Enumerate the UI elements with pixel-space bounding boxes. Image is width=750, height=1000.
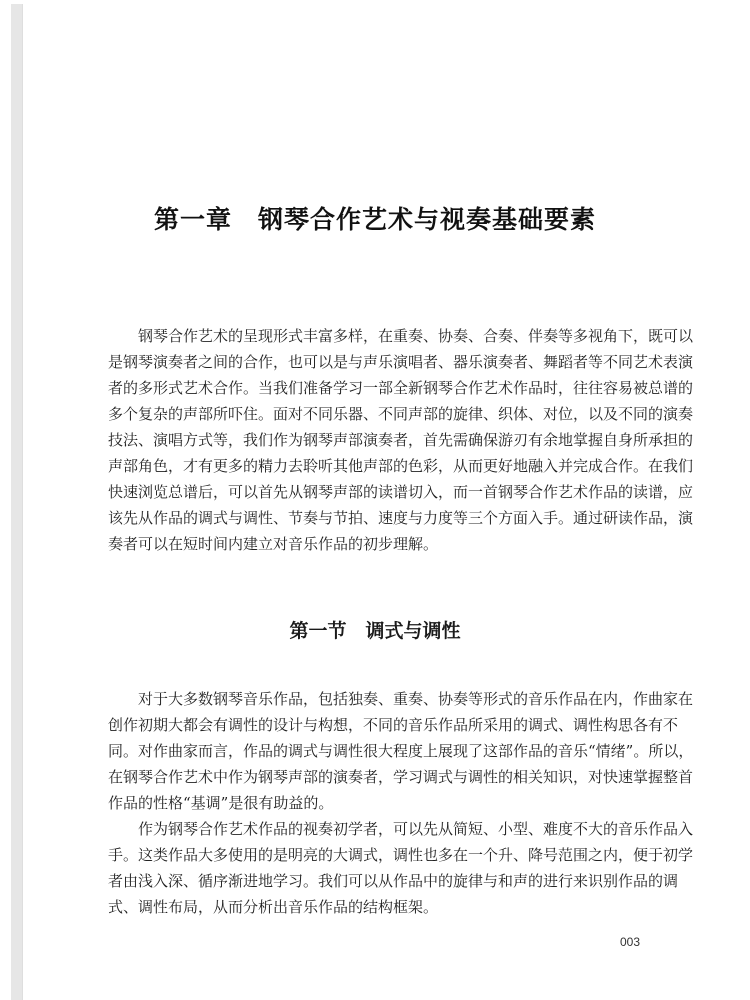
section-paragraph-2: 作为钢琴合作艺术作品的视奏初学者，可以先从简短、小型、难度不大的音乐作品入 手。…	[108, 816, 658, 920]
text-line: 快速浏览总谱后，可以首先从钢琴声部的读谱切入，而一首钢琴合作艺术作品的读谱，应	[108, 479, 658, 505]
page-number: 003	[620, 935, 640, 949]
text-line: 者的多形式艺术合作。当我们准备学习一部全新钢琴合作艺术作品时，往往容易被总谱的	[108, 375, 658, 401]
section-title: 第一节 调式与调性	[0, 616, 750, 643]
text-line: 创作初期大都会有调性的设计与构想，不同的音乐作品所采用的调式、调性构思各有不	[108, 712, 658, 738]
page-binding-edge	[11, 4, 23, 1000]
text-line: 该先从作品的调式与调性、节奏与节拍、速度与力度等三个方面入手。通过研读作品，演	[108, 505, 658, 531]
text-line: 作品的性格“基调”是很有助益的。	[108, 790, 658, 816]
text-line: 奏者可以在短时间内建立对音乐作品的初步理解。	[108, 531, 658, 557]
text-line: 式、调性布局，从而分析出音乐作品的结构框架。	[108, 894, 658, 920]
text-line: 是钢琴演奏者之间的合作，也可以是与声乐演唱者、器乐演奏者、舞蹈者等不同艺术表演	[108, 349, 658, 375]
text-line: 作为钢琴合作艺术作品的视奏初学者，可以先从简短、小型、难度不大的音乐作品入	[108, 816, 658, 842]
intro-paragraph: 钢琴合作艺术的呈现形式丰富多样，在重奏、协奏、合奏、伴奏等多视角下，既可以 是钢…	[108, 323, 658, 557]
text-line: 技法、演唱方式等，我们作为钢琴声部演奏者，首先需确保游刃有余地掌握自身所承担的	[108, 427, 658, 453]
text-line: 多个复杂的声部所吓住。面对不同乐器、不同声部的旋律、织体、对位，以及不同的演奏	[108, 401, 658, 427]
text-line: 同。对作曲家而言，作品的调式与调性很大程度上展现了这部作品的音乐“情绪”。所以，	[108, 738, 658, 764]
text-line: 在钢琴合作艺术中作为钢琴声部的演奏者，学习调式与调性的相关知识，对快速掌握整首	[108, 764, 658, 790]
text-line: 对于大多数钢琴音乐作品，包括独奏、重奏、协奏等形式的音乐作品在内，作曲家在	[108, 686, 658, 712]
chapter-title: 第一章 钢琴合作艺术与视奏基础要素	[0, 200, 750, 236]
text-line: 钢琴合作艺术的呈现形式丰富多样，在重奏、协奏、合奏、伴奏等多视角下，既可以	[108, 323, 658, 349]
text-line: 手。这类作品大多使用的是明亮的大调式，调性也多在一个升、降号范围之内，便于初学	[108, 842, 658, 868]
text-line: 声部角色，才有更多的精力去聆听其他声部的色彩，从而更好地融入并完成合作。在我们	[108, 453, 658, 479]
section-paragraph-1: 对于大多数钢琴音乐作品，包括独奏、重奏、协奏等形式的音乐作品在内，作曲家在 创作…	[108, 686, 658, 816]
text-line: 者由浅入深、循序渐进地学习。我们可以从作品中的旋律与和声的进行来识别作品的调	[108, 868, 658, 894]
